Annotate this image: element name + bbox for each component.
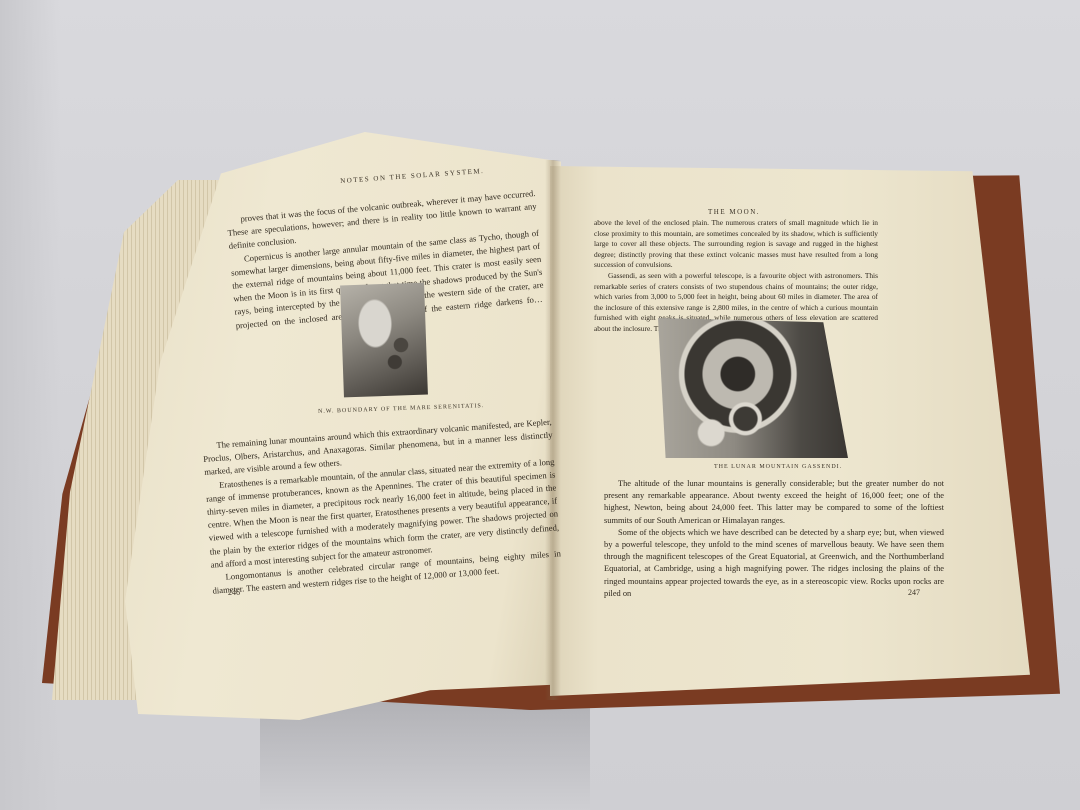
right-figure-caption: The Lunar Mountain Gassendi.	[714, 464, 842, 470]
moon-illustration-gassendi	[658, 318, 848, 458]
left-page-number: 246	[228, 588, 240, 597]
paragraph: The altitude of the lunar mountains is g…	[604, 478, 944, 527]
right-page-text-bottom: The altitude of the lunar mountains is g…	[604, 478, 944, 600]
background-wall	[0, 0, 60, 810]
left-page-text-bottom: The remaining lunar mountains around whi…	[202, 416, 562, 598]
paragraph: Some of the objects which we have descri…	[604, 527, 944, 600]
paragraph: above the level of the enclosed plain. T…	[594, 218, 878, 271]
photo-scene: Notes on the Solar System. proves that i…	[0, 0, 1080, 810]
right-page-number: 247	[908, 588, 920, 597]
moon-illustration-mare-serenitatis	[340, 283, 428, 398]
right-page-text-top: above the level of the enclosed plain. T…	[594, 218, 878, 335]
right-running-head: The Moon.	[708, 208, 760, 216]
